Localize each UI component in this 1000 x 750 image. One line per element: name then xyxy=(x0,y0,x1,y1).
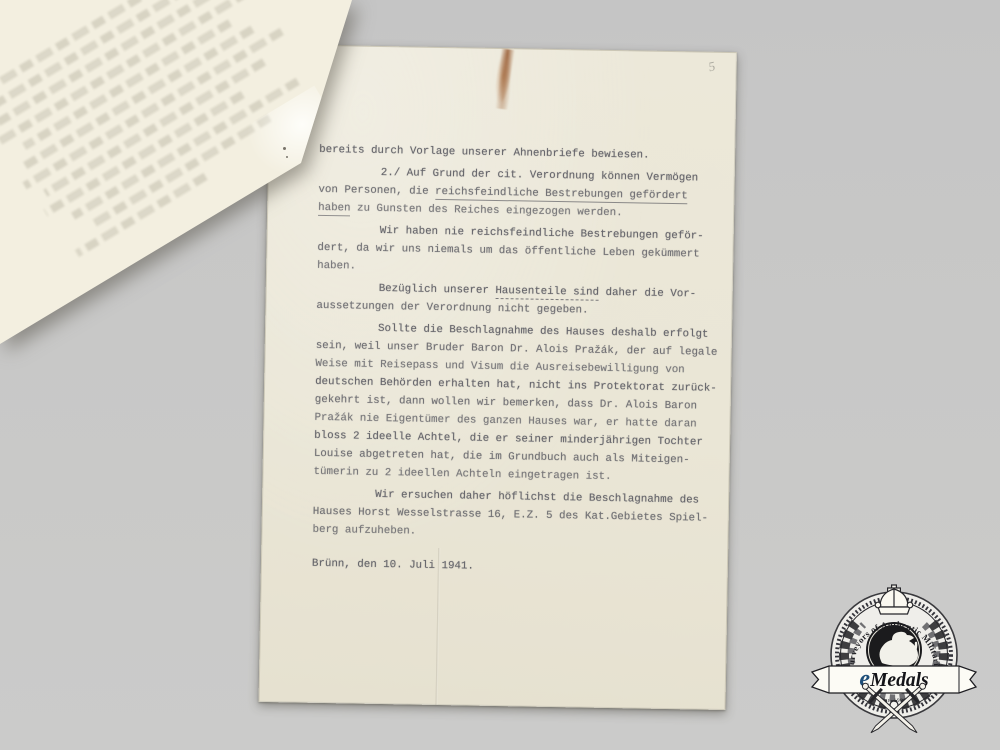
typed-line: bereits durch Vorlage unserer Ahnenbrief… xyxy=(319,141,725,166)
photo-background: 5 bereits durch Vorlage unserer Ahnenbri… xyxy=(0,0,1000,750)
paragraph: Wir ersuchen daher höflichst die Beschla… xyxy=(312,485,719,546)
paragraph: bereits durch Vorlage unserer Ahnenbrief… xyxy=(319,141,725,166)
typed-text: zu Gunsten des Reiches eingezogen werden… xyxy=(350,202,622,219)
rust-stain xyxy=(493,48,516,110)
paragraph: Wir haben nie reichsfeindliche Bestrebun… xyxy=(317,221,724,282)
emedals-watermark-logo: Purveyors of Authentic Militaria eMedals… xyxy=(778,545,1000,750)
typed-text-block: bereits durch Vorlage unserer Ahnenbrief… xyxy=(312,141,725,580)
typed-text: Bezüglich unserer xyxy=(379,283,496,297)
underlined-text: Hausenteile sind xyxy=(495,285,599,300)
paragraph: Bezüglich unserer Hausenteile sind daher… xyxy=(316,279,723,322)
paragraph: 2./ Auf Grund der cit. Verordnung können… xyxy=(318,163,725,224)
pencil-mark: 5 xyxy=(707,58,717,75)
crown-icon xyxy=(875,585,913,614)
paper-speck xyxy=(283,147,286,150)
typed-text: berg aufzuheben. xyxy=(312,524,416,538)
dateline: Brünn, den 10. Juli 1941. xyxy=(312,555,718,580)
typed-text: bereits durch Vorlage unserer Ahnenbrief… xyxy=(319,144,650,162)
paragraph: Sollte die Beschlagnahme des Hauses desh… xyxy=(313,319,722,488)
brand-banner: eMedals xyxy=(812,666,976,693)
background-sheet xyxy=(0,0,360,350)
typed-text: daher die Vor- xyxy=(599,287,696,301)
paper-speck xyxy=(286,156,288,158)
background-sheet-paper xyxy=(0,0,360,350)
typed-text: tümerin zu 2 ideellen Achteln eingetrage… xyxy=(313,466,611,483)
